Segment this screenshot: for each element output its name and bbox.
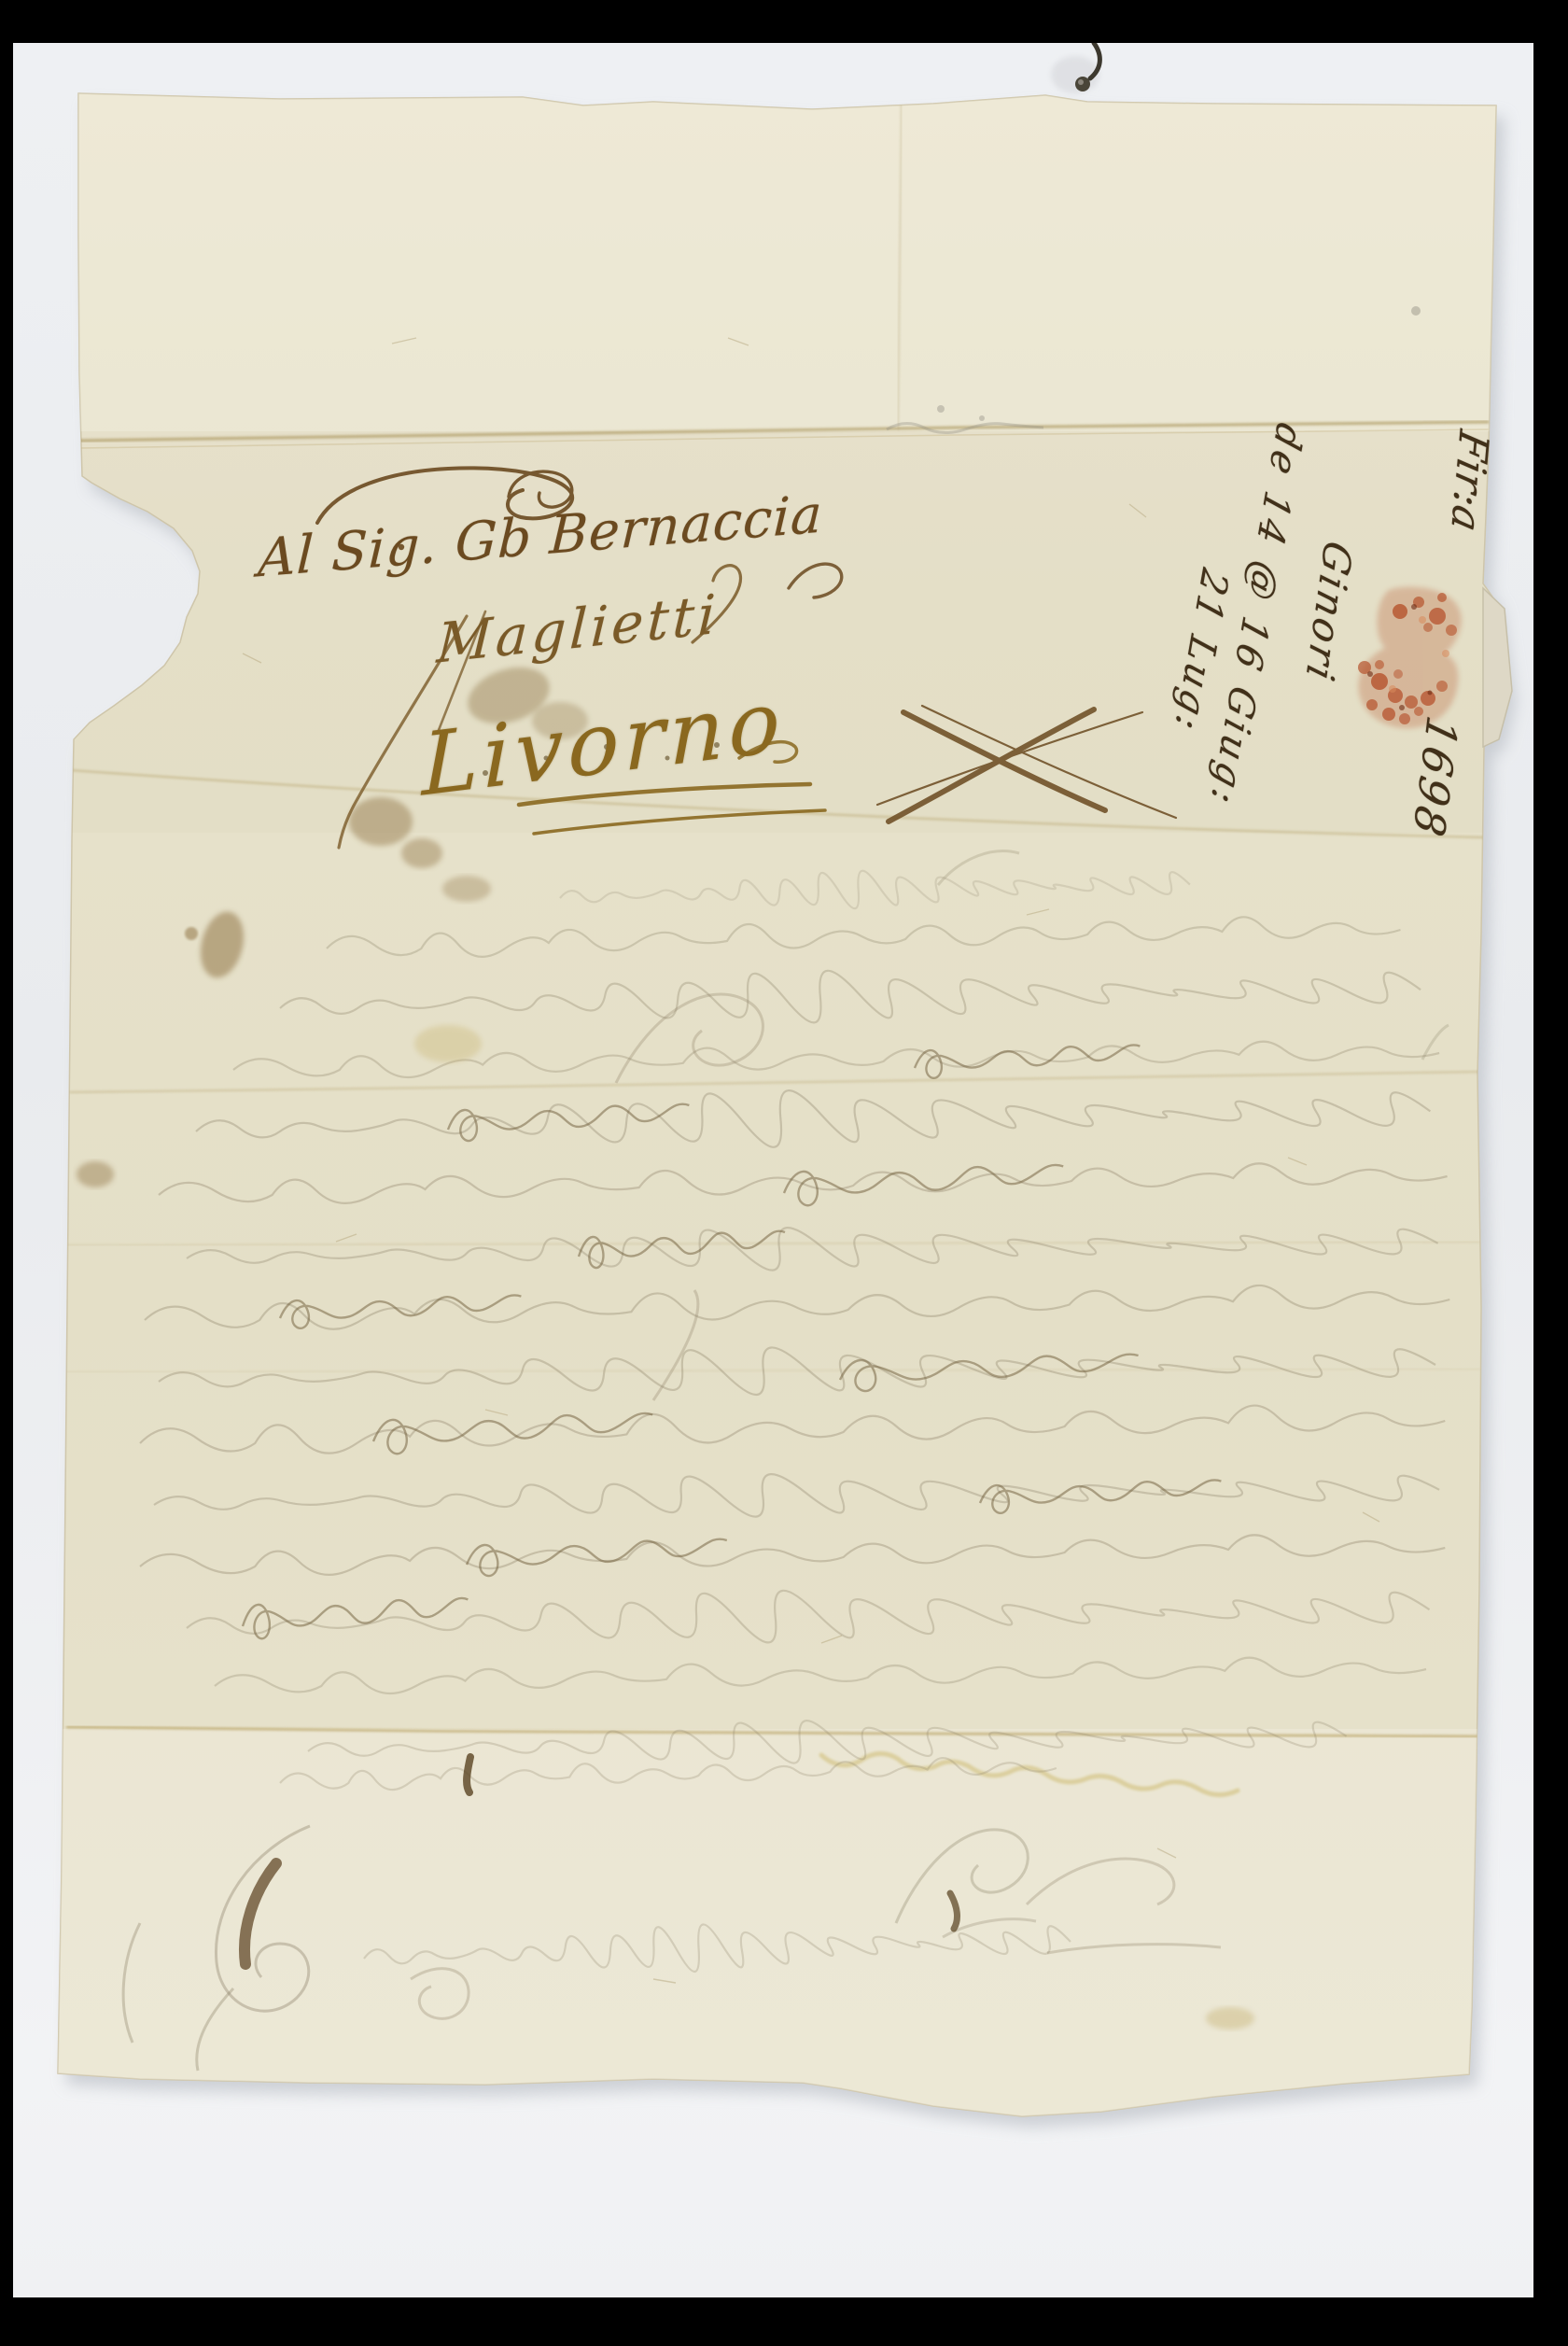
- docket-place: Fir:a: [1442, 426, 1497, 536]
- letter-scene-graphic: [0, 0, 1568, 2346]
- scanned-letter-photo: Al Sig. Gb Bernaccia Maglietti Livorno F…: [0, 0, 1568, 2346]
